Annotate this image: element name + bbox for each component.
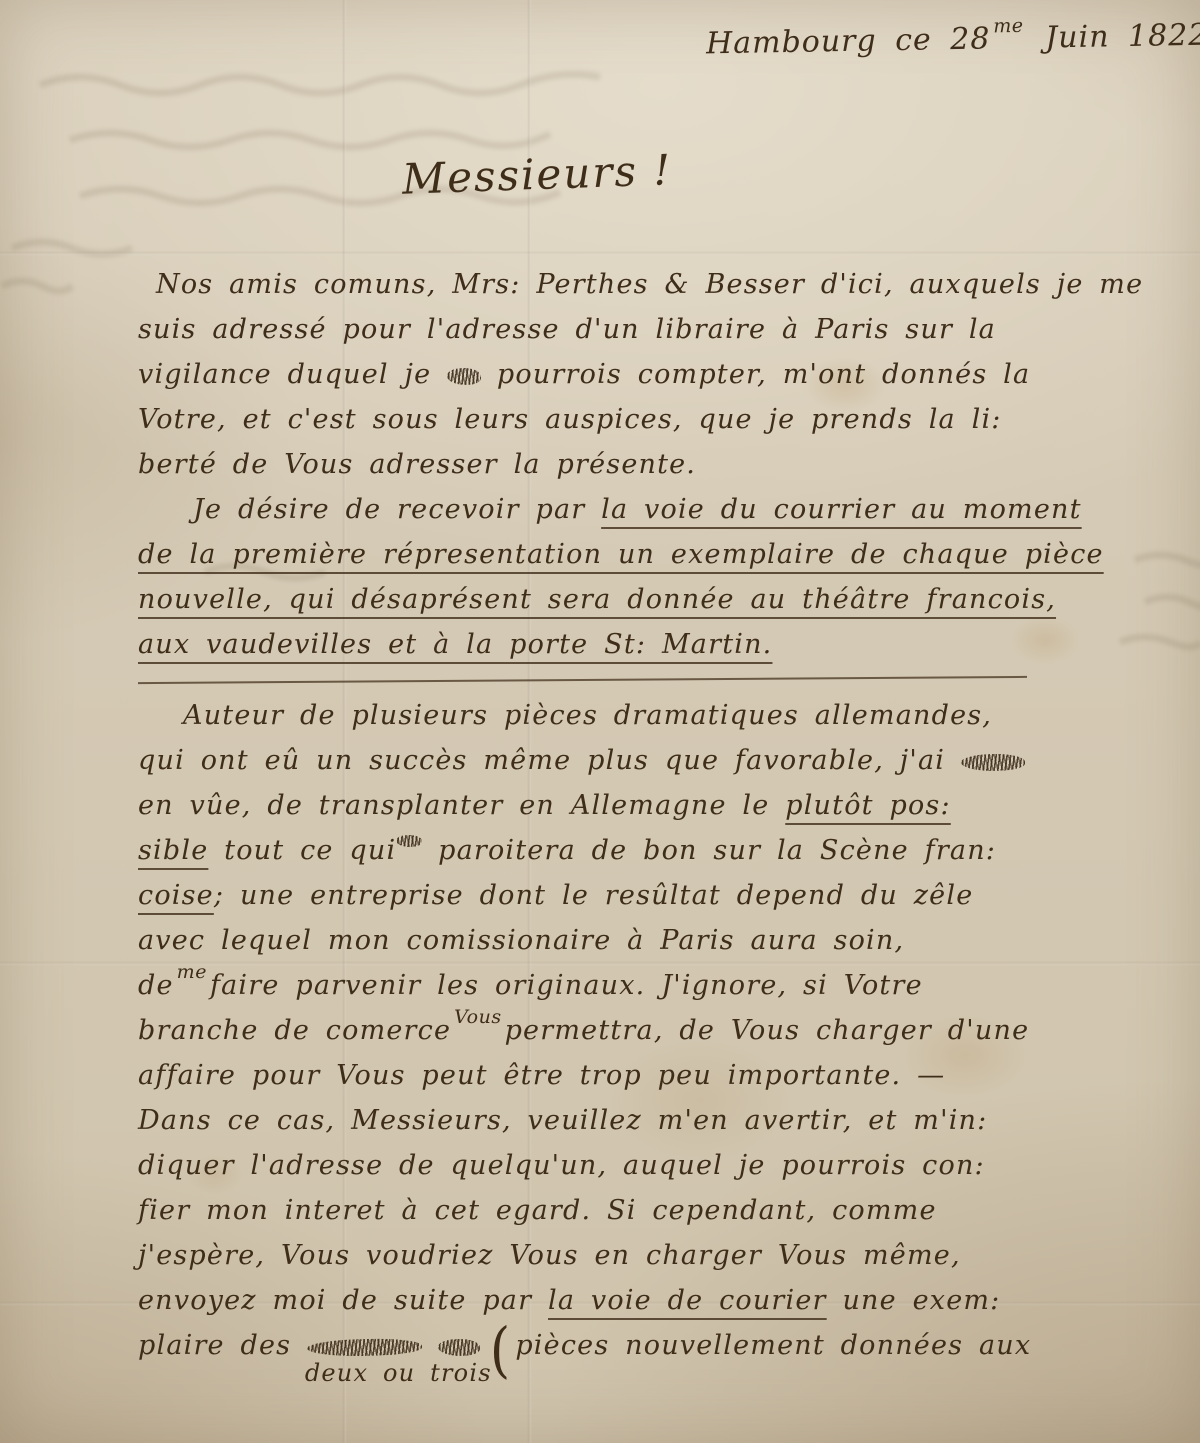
handwritten-text: Hambourg ce 28 [705, 21, 990, 61]
horizontal-fold-crease [0, 252, 1200, 255]
manuscript-line: nouvelle, qui désaprésent sera donnée au… [138, 577, 1196, 622]
crossed-out-scribble [961, 753, 1026, 772]
handwritten-text: pourrois compter, m'ont donnés la [481, 359, 1030, 390]
handwritten-text: branche de comerce [138, 1015, 451, 1046]
inserted-word-above: Vous [454, 1006, 501, 1028]
manuscript-line: j'espère, Vous voudriez Vous en charger … [138, 1233, 1196, 1278]
hand-drawn-rule [138, 676, 1027, 684]
manuscript-line: envoyez moi de suite par la voie de cour… [138, 1278, 1196, 1323]
manuscript-line: vigilance duquel je pourrois compter, m'… [138, 352, 1196, 397]
underlined-text: coise [138, 880, 214, 911]
manuscript-line: de la première répresentation un exempla… [138, 532, 1196, 577]
underlined-text: la voie du courrier au moment [601, 494, 1082, 525]
handwritten-text: Je désire de recevoir par [193, 494, 601, 525]
inserted-word-above: me [177, 961, 207, 983]
handwritten-text: vigilance duquel je [138, 359, 447, 390]
handwritten-text: Auteur de plusieurs pièces dramatiques a… [183, 700, 992, 731]
dateline: Hambourg ce 28me Juin 1822 [705, 18, 1200, 62]
underlined-text: la voie de courier [548, 1285, 827, 1316]
manuscript-line: suis adressé pour l'adresse d'un librair… [138, 307, 1196, 352]
handwritten-text: Dans ce cas, Messieurs, veuillez m'en av… [138, 1105, 987, 1136]
manuscript-line: sible tout ce qui paroitera de bon sur l… [138, 828, 1196, 873]
manuscript-line: Je désire de recevoir par la voie du cou… [193, 487, 1196, 532]
manuscript-line: Auteur de plusieurs pièces dramatiques a… [183, 693, 1196, 738]
underlined-text: plutôt pos: [785, 790, 951, 821]
crossed-out-scribble [396, 835, 422, 848]
handwritten-text: Votre, et c'est sous leurs auspices, que… [138, 404, 1002, 435]
handwritten-text: qui ont eû un succès même plus que favor… [138, 745, 961, 776]
manuscript-line: coise; une entreprise dont le resûltat d… [138, 873, 1196, 918]
handwritten-text: Nos amis comuns, Mrs: Perthes & Besser d… [156, 269, 1143, 300]
handwritten-text: ; une entreprise dont le resûltat depend… [214, 880, 974, 911]
handwritten-text: de [138, 970, 174, 1001]
handwritten-text: paroitera de bon sur la Scène fran: [422, 835, 996, 866]
underlined-text: aux vaudevilles et à la porte St: Martin… [138, 629, 772, 660]
manuscript-line: diquer l'adresse de quelqu'un, auquel je… [138, 1143, 1196, 1188]
handwritten-text: fier mon interet à cet egard. Si cependa… [138, 1195, 937, 1226]
letter-body: Nos amis comuns, Mrs: Perthes & Besser d… [138, 262, 1196, 1368]
manuscript-line: plaire des deux ou trois(pièces nouvelle… [138, 1323, 1196, 1368]
manuscript-line: en vûe, de transplanter en Allemagne le … [138, 783, 1196, 828]
manuscript-line: aux vaudevilles et à la porte St: Martin… [138, 622, 1196, 667]
handwritten-text: berté de Vous adresser la présente. [138, 449, 696, 480]
inserted-word-below: deux ou trois [305, 1351, 492, 1396]
handwritten-text: permettra, de Vous charger d'une [505, 1015, 1030, 1046]
handwritten-text: avec lequel mon comissionaire à Paris au… [138, 925, 904, 956]
salutation: Messieurs ! [401, 145, 673, 203]
crossed-out-scribble [447, 367, 482, 385]
hand-drawn-rule-row [138, 667, 1196, 693]
handwritten-text: faire parvenir les originaux. J'ignore, … [210, 970, 923, 1001]
manuscript-line: Votre, et c'est sous leurs auspices, que… [138, 397, 1196, 442]
handwritten-text: envoyez moi de suite par [138, 1285, 548, 1316]
manuscript-line: branche de comerceVouspermettra, de Vous… [138, 1008, 1196, 1053]
manuscript-line: Dans ce cas, Messieurs, veuillez m'en av… [138, 1098, 1196, 1143]
manuscript-line: berté de Vous adresser la présente. [138, 442, 1196, 487]
handwritten-text: affaire pour Vous peut être trop peu imp… [138, 1060, 945, 1091]
handwritten-text: tout ce qui [208, 835, 396, 866]
handwritten-text: en vûe, de transplanter en Allemagne le [138, 790, 785, 821]
manuscript-line: qui ont eû un succès même plus que favor… [138, 738, 1196, 783]
handwritten-text: j'espère, Vous voudriez Vous en charger … [138, 1240, 961, 1271]
handwritten-text: une exem: [827, 1285, 1001, 1316]
manuscript-line: demefaire parvenir les originaux. J'igno… [138, 963, 1196, 1008]
manuscript-line: avec lequel mon comissionaire à Paris au… [138, 918, 1196, 963]
manuscript-line: affaire pour Vous peut être trop peu imp… [138, 1053, 1196, 1098]
underlined-text: nouvelle, qui désaprésent sera donnée au… [138, 584, 1056, 615]
grouping-brace: ( [490, 1326, 512, 1378]
handwritten-text: pièces nouvellement données aux [515, 1330, 1031, 1361]
manuscript-line: Nos amis comuns, Mrs: Perthes & Besser d… [156, 262, 1196, 307]
handwritten-text: suis adressé pour l'adresse d'un librair… [138, 314, 996, 345]
letter-page: Hambourg ce 28me Juin 1822 Messieurs ! N… [0, 0, 1200, 1443]
underlined-text: de la première répresentation un exempla… [138, 539, 1104, 570]
manuscript-line: fier mon interet à cet egard. Si cependa… [138, 1188, 1196, 1233]
handwritten-text: diquer l'adresse de quelqu'un, auquel je… [138, 1150, 985, 1181]
inserted-word-above: me [993, 15, 1024, 38]
handwritten-text: plaire des [138, 1330, 307, 1361]
underlined-text: sible [138, 835, 208, 866]
handwritten-text: Juin 1822 [1026, 18, 1200, 56]
